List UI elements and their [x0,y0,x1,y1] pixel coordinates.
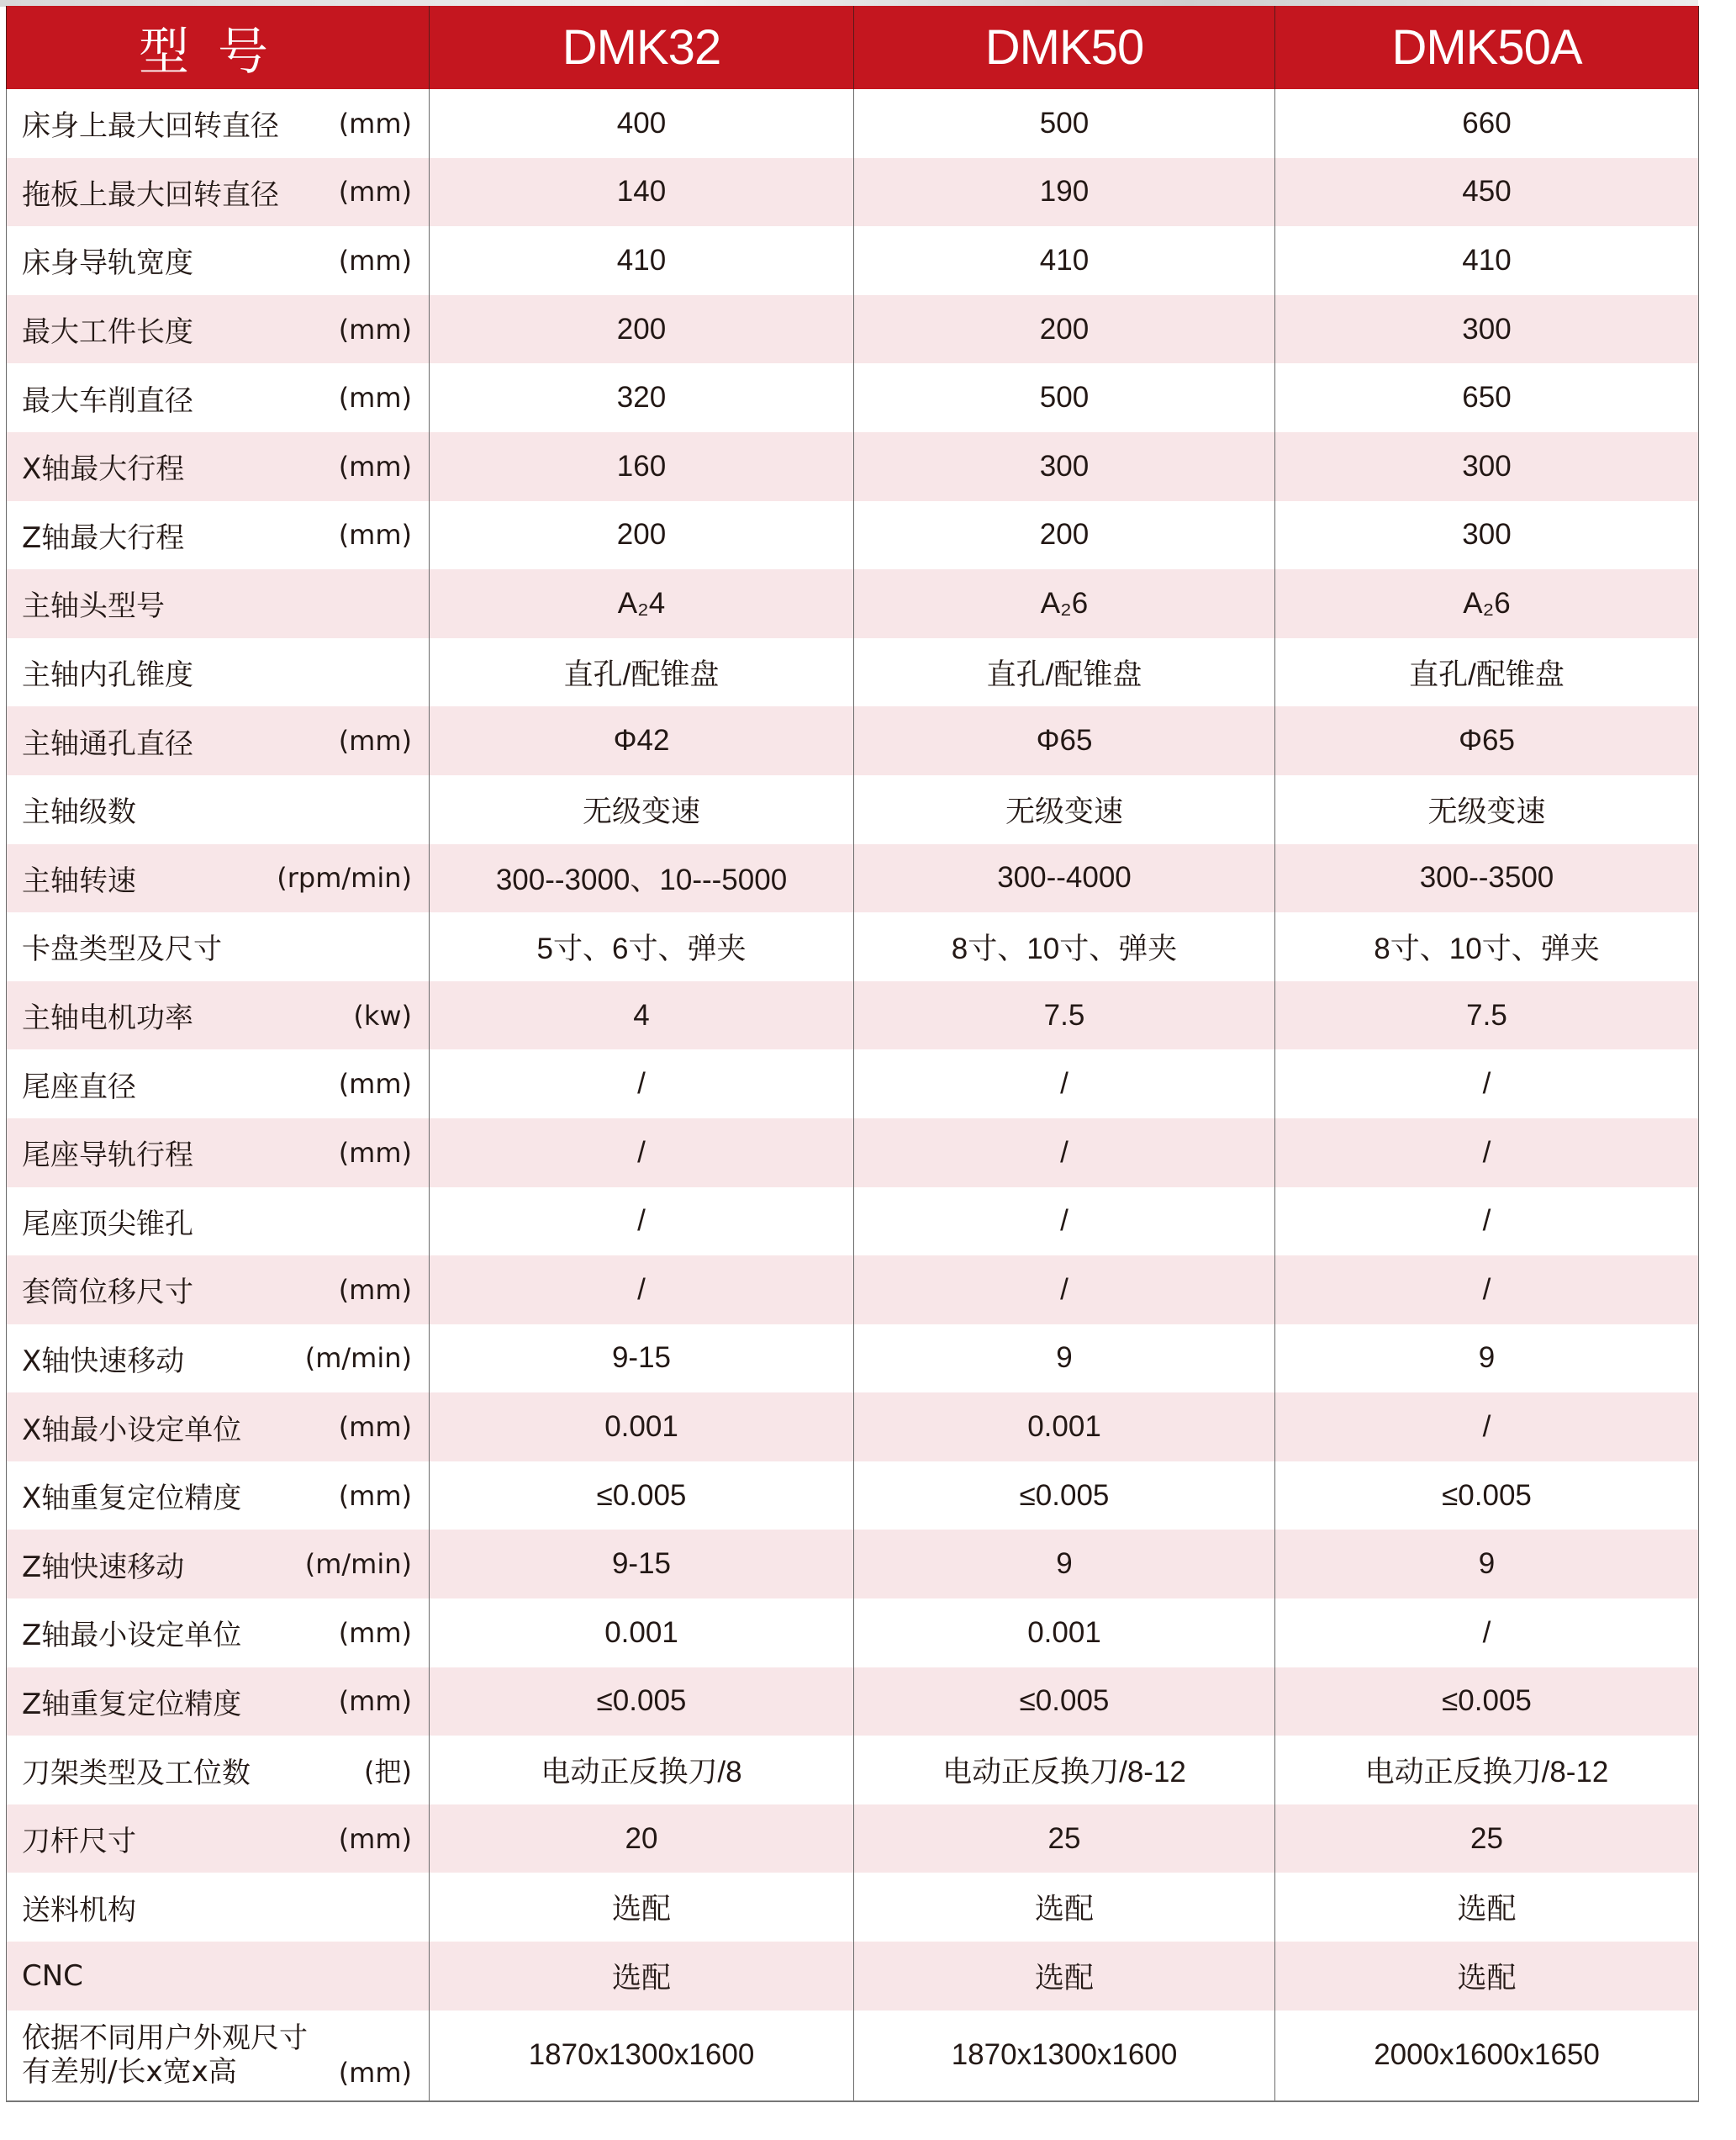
table-row: 主轴转速(rpm/min)300--3000、10---5000300--400… [7,844,1699,913]
value-dmk32: 无级变速 [430,775,854,844]
table-row: 刀杆尺寸(mm)202525 [7,1804,1699,1873]
value-dmk50a: / [1275,1392,1699,1461]
value-dmk50: 190 [854,158,1275,227]
value-dmk32: 选配 [430,1873,854,1942]
value-dmk50: A₂6 [854,569,1275,638]
value-dmk50: 直孔/配锥盘 [854,638,1275,707]
value-dmk32: 140 [430,158,854,227]
table-row: 刀架类型及工位数(把)电动正反换刀/8电动正反换刀/8-12电动正反换刀/8-1… [7,1736,1699,1804]
row-label-cell: 主轴转速(rpm/min) [7,844,430,913]
value-dmk50: 8寸、10寸、弹夹 [854,912,1275,981]
spec-name: 尾座直径 [22,1064,136,1105]
spec-unit: (mm) [339,1685,412,1717]
row-label-cell: X轴最大行程(mm) [7,432,430,501]
row-label-cell: 套筒位移尺寸(mm) [7,1255,430,1324]
value-dmk50a: 选配 [1275,1873,1699,1942]
table-row: 尾座顶尖锥孔/// [7,1187,1699,1256]
value-dmk50a: 9 [1275,1324,1699,1393]
spec-name: 主轴电机功率 [22,995,193,1036]
value-dmk32: 4 [430,981,854,1050]
spec-unit: (把) [364,1751,412,1789]
value-dmk50a: 7.5 [1275,981,1699,1050]
table-row: Z轴重复定位精度(mm)≤0.005≤0.005≤0.005 [7,1667,1699,1736]
spec-name: 套筒位移尺寸 [22,1269,193,1310]
value-dmk50a: / [1275,1598,1699,1667]
value-dmk50: 9 [854,1324,1275,1393]
spec-unit: (mm) [339,1480,412,1512]
table-row: 尾座导轨行程(mm)/// [7,1118,1699,1187]
table-row-dimensions: 依据不同用户外观尺寸有差别/长x宽x高(mm)1870x1300x1600187… [7,2011,1699,2101]
value-dmk32: 选配 [430,1942,854,2011]
value-dmk32: / [430,1049,854,1118]
value-dmk50a: A₂6 [1275,569,1699,638]
spec-unit: (mm) [339,176,412,208]
table-row: 套筒位移尺寸(mm)/// [7,1255,1699,1324]
spec-name: 刀架类型及工位数 [22,1750,251,1791]
value-dmk50: 300--4000 [854,844,1275,913]
spec-name-line1: 依据不同用户外观尺寸 [22,2021,308,2055]
row-label-cell: 主轴内孔锥度 [7,638,430,707]
spec-name: Z轴重复定位精度 [22,1681,241,1722]
value-dmk32: 300--3000、10---5000 [430,844,854,913]
value-dmk50: / [854,1118,1275,1187]
table-row: 主轴电机功率(kw)47.57.5 [7,981,1699,1050]
spec-table-body: 床身上最大回转直径(mm)400500660拖板上最大回转直径(mm)14019… [7,89,1699,2101]
value-dmk50a: 直孔/配锥盘 [1275,638,1699,707]
value-dmk32: 直孔/配锥盘 [430,638,854,707]
value-dmk50a: 300 [1275,295,1699,364]
table-row: X轴最大行程(mm)160300300 [7,432,1699,501]
spec-name: X轴重复定位精度 [22,1475,241,1516]
table-row: X轴最小设定单位(mm)0.0010.001/ [7,1392,1699,1461]
row-label-cell: 拖板上最大回转直径(mm) [7,158,430,227]
row-label-cell: X轴重复定位精度(mm) [7,1461,430,1530]
row-label-cell: 主轴级数 [7,775,430,844]
row-label-cell: Z轴重复定位精度(mm) [7,1667,430,1736]
spec-unit: (mm) [339,314,412,346]
table-row: 尾座直径(mm)/// [7,1049,1699,1118]
value-dmk50: / [854,1255,1275,1324]
table-row: 主轴内孔锥度直孔/配锥盘直孔/配锥盘直孔/配锥盘 [7,638,1699,707]
spec-table: 型号 DMK32 DMK50 DMK50A 床身上最大回转直径(mm)40050… [6,6,1699,2102]
row-label-cell: 卡盘类型及尺寸 [7,912,430,981]
value-dmk50: / [854,1187,1275,1256]
value-dmk50a: / [1275,1255,1699,1324]
row-label-cell: Z轴最小设定单位(mm) [7,1598,430,1667]
table-row: 最大车削直径(mm)320500650 [7,363,1699,432]
row-label-cell: 尾座导轨行程(mm) [7,1118,430,1187]
value-dmk50: 1870x1300x1600 [854,2011,1275,2101]
row-label-cell: Z轴快速移动(m/min) [7,1530,430,1598]
spec-unit: (mm) [339,1068,412,1100]
spec-name: X轴最大行程 [22,446,184,487]
value-dmk50a: 300 [1275,501,1699,570]
row-label-cell: 床身上最大回转直径(mm) [7,89,430,158]
table-row: 卡盘类型及尺寸5寸、6寸、弹夹8寸、10寸、弹夹8寸、10寸、弹夹 [7,912,1699,981]
row-label-cell: CNC [7,1942,430,2011]
value-dmk32: / [430,1118,854,1187]
value-dmk32: 电动正反换刀/8 [430,1736,854,1804]
value-dmk32: 200 [430,295,854,364]
row-label-cell: 主轴通孔直径(mm) [7,706,430,775]
spec-name: 最大车削直径 [22,378,193,419]
spec-name: X轴最小设定单位 [22,1407,241,1448]
spec-unit: (mm) [339,245,412,277]
value-dmk32: 0.001 [430,1392,854,1461]
row-label-cell: 刀架类型及工位数(把) [7,1736,430,1804]
value-dmk32: 9-15 [430,1530,854,1598]
spec-unit: (mm) [339,108,412,140]
value-dmk50: 选配 [854,1873,1275,1942]
value-dmk50: 选配 [854,1942,1275,2011]
table-row: 拖板上最大回转直径(mm)140190450 [7,158,1699,227]
value-dmk50a: / [1275,1187,1699,1256]
table-row: 送料机构选配选配选配 [7,1873,1699,1942]
row-label-cell: 送料机构 [7,1873,430,1942]
value-dmk50: 500 [854,89,1275,158]
spec-unit: (mm) [339,2057,412,2089]
value-dmk32: ≤0.005 [430,1667,854,1736]
spec-unit: (mm) [339,725,412,757]
row-label-cell: 尾座直径(mm) [7,1049,430,1118]
value-dmk32: 160 [430,432,854,501]
spec-unit: (mm) [339,1274,412,1306]
value-dmk50a: 25 [1275,1804,1699,1873]
spec-name: 尾座顶尖锥孔 [22,1201,193,1242]
spec-name-line2: 有差别/长x宽x高 [22,2055,237,2089]
value-dmk50: 500 [854,363,1275,432]
value-dmk32: 20 [430,1804,854,1873]
value-dmk50a: 选配 [1275,1942,1699,2011]
value-dmk50: / [854,1049,1275,1118]
spec-name: CNC [22,1959,83,1993]
table-row: X轴重复定位精度(mm)≤0.005≤0.005≤0.005 [7,1461,1699,1530]
spec-unit: (mm) [339,1823,412,1855]
value-dmk50: ≤0.005 [854,1667,1275,1736]
value-dmk50a: 410 [1275,226,1699,295]
table-row: Z轴最大行程(mm)200200300 [7,501,1699,570]
row-label-cell: 最大工件长度(mm) [7,295,430,364]
value-dmk50a: 8寸、10寸、弹夹 [1275,912,1699,981]
spec-name: 拖板上最大回转直径 [22,172,279,213]
value-dmk50: 410 [854,226,1275,295]
spec-name: 送料机构 [22,1887,136,1928]
value-dmk50: 电动正反换刀/8-12 [854,1736,1275,1804]
spec-name: 主轴头型号 [22,583,165,624]
model-label-header: 型号 [7,6,430,89]
spec-name: Z轴快速移动 [22,1544,184,1585]
spec-name: 主轴内孔锥度 [22,652,193,693]
value-dmk32: 1870x1300x1600 [430,2011,854,2101]
value-dmk50: 200 [854,501,1275,570]
table-row: 主轴通孔直径(mm)Φ42Φ65Φ65 [7,706,1699,775]
spec-name: Z轴最大行程 [22,515,184,556]
table-row: 最大工件长度(mm)200200300 [7,295,1699,364]
value-dmk50a: 电动正反换刀/8-12 [1275,1736,1699,1804]
header-row: 型号 DMK32 DMK50 DMK50A [7,6,1699,89]
value-dmk50: 300 [854,432,1275,501]
spec-name: 主轴转速 [22,858,136,899]
value-dmk50: 7.5 [854,981,1275,1050]
value-dmk32: 410 [430,226,854,295]
value-dmk50: 0.001 [854,1392,1275,1461]
row-label-cell: 刀杆尺寸(mm) [7,1804,430,1873]
value-dmk32: Φ42 [430,706,854,775]
value-dmk32: ≤0.005 [430,1461,854,1530]
value-dmk50: 9 [854,1530,1275,1598]
value-dmk50a: 650 [1275,363,1699,432]
spec-unit: (mm) [339,451,412,483]
row-label-cell: 尾座顶尖锥孔 [7,1187,430,1256]
spec-name: 主轴级数 [22,789,136,830]
value-dmk50a: 无级变速 [1275,775,1699,844]
spec-name: Z轴最小设定单位 [22,1612,241,1653]
spec-unit: (rpm/min) [277,862,412,894]
value-dmk50a: ≤0.005 [1275,1461,1699,1530]
row-label-cell: X轴最小设定单位(mm) [7,1392,430,1461]
spec-unit: (m/min) [305,1548,412,1580]
row-label-cell: Z轴最大行程(mm) [7,501,430,570]
value-dmk50a: 2000x1600x1650 [1275,2011,1699,2101]
table-row: X轴快速移动(m/min)9-1599 [7,1324,1699,1393]
value-dmk32: 320 [430,363,854,432]
row-label-cell: 最大车削直径(mm) [7,363,430,432]
spec-unit: (mm) [339,1617,412,1649]
spec-unit: (mm) [339,382,412,414]
table-row: 床身导轨宽度(mm)410410410 [7,226,1699,295]
value-dmk32: 400 [430,89,854,158]
value-dmk50a: 660 [1275,89,1699,158]
table-row: CNC选配选配选配 [7,1942,1699,2011]
row-label-cell: 主轴头型号 [7,569,430,638]
spec-name: 主轴通孔直径 [22,721,193,762]
value-dmk50a: 300 [1275,432,1699,501]
model-header-dmk50: DMK50 [854,6,1275,89]
row-label-cell: X轴快速移动(m/min) [7,1324,430,1393]
spec-name: 依据不同用户外观尺寸有差别/长x宽x高 [22,2021,308,2089]
table-row: Z轴快速移动(m/min)9-1599 [7,1530,1699,1598]
value-dmk50a: 300--3500 [1275,844,1699,913]
spec-unit: (m/min) [305,1342,412,1374]
value-dmk32: 0.001 [430,1598,854,1667]
value-dmk50: 200 [854,295,1275,364]
value-dmk50: 25 [854,1804,1275,1873]
spec-name: X轴快速移动 [22,1338,184,1379]
value-dmk50: Φ65 [854,706,1275,775]
value-dmk50a: ≤0.005 [1275,1667,1699,1736]
value-dmk50: 无级变速 [854,775,1275,844]
table-row: 床身上最大回转直径(mm)400500660 [7,89,1699,158]
row-label-cell: 床身导轨宽度(mm) [7,226,430,295]
value-dmk32: / [430,1187,854,1256]
value-dmk32: A₂4 [430,569,854,638]
spec-unit: (mm) [339,1137,412,1169]
spec-unit: (kw) [353,1000,412,1032]
table-row: Z轴最小设定单位(mm)0.0010.001/ [7,1598,1699,1667]
value-dmk50a: / [1275,1118,1699,1187]
value-dmk32: 5寸、6寸、弹夹 [430,912,854,981]
spec-name: 卡盘类型及尺寸 [22,926,222,967]
value-dmk50: 0.001 [854,1598,1275,1667]
value-dmk50: ≤0.005 [854,1461,1275,1530]
spec-name: 床身上最大回转直径 [22,103,279,144]
row-label-cell: 主轴电机功率(kw) [7,981,430,1050]
model-header-dmk50a: DMK50A [1275,6,1699,89]
model-header-dmk32: DMK32 [430,6,854,89]
spec-name: 刀杆尺寸 [22,1818,136,1859]
value-dmk32: / [430,1255,854,1324]
spec-unit: (mm) [339,519,412,551]
value-dmk50a: Φ65 [1275,706,1699,775]
value-dmk50a: / [1275,1049,1699,1118]
value-dmk32: 9-15 [430,1324,854,1393]
row-label-cell: 依据不同用户外观尺寸有差别/长x宽x高(mm) [7,2011,430,2101]
spec-name: 最大工件长度 [22,309,193,350]
value-dmk32: 200 [430,501,854,570]
spec-name: 床身导轨宽度 [22,240,193,281]
spec-name: 尾座导轨行程 [22,1132,193,1173]
value-dmk50a: 9 [1275,1530,1699,1598]
table-row: 主轴级数无级变速无级变速无级变速 [7,775,1699,844]
spec-unit: (mm) [339,1411,412,1443]
table-row: 主轴头型号A₂4A₂6A₂6 [7,569,1699,638]
value-dmk50a: 450 [1275,158,1699,227]
